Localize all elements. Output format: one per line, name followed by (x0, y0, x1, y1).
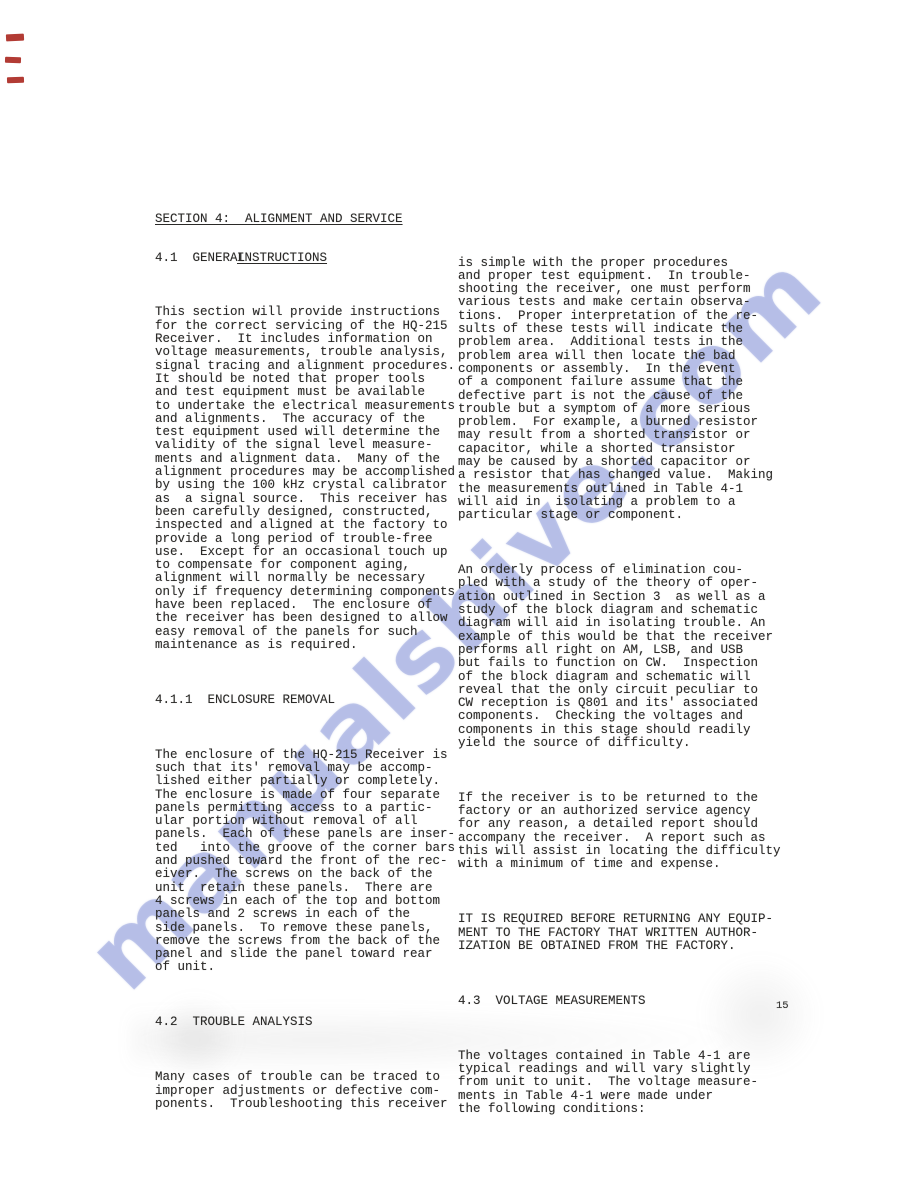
red-scan-mark (5, 57, 21, 64)
section-heading-line1-text: SECTION 4: ALIGNMENT AND SERVICE (155, 212, 403, 226)
paragraph-elimination: An orderly process of elimination cou- p… (458, 564, 794, 750)
paragraph-general: This section will provide instructions f… (155, 306, 461, 652)
heading-4-1-general: 4.1 GENERAL (155, 252, 461, 265)
heading-4-3-voltage: 4.3 VOLTAGE MEASUREMENTS (458, 995, 794, 1008)
red-scan-mark (7, 77, 24, 84)
paragraph-voltage: The voltages contained in Table 4-1 are … (458, 1050, 794, 1116)
red-scan-mark (6, 34, 24, 42)
heading-4-1-1-enclosure: 4.1.1 ENCLOSURE REMOVAL (155, 694, 461, 707)
heading-4-2-trouble: 4.2 TROUBLE ANALYSIS (155, 1016, 461, 1029)
left-column: 4.1 GENERAL This section will provide in… (155, 225, 461, 1138)
paragraph-enclosure: The enclosure of the HQ-215 Receiver is … (155, 749, 461, 975)
section-heading-line1: SECTION 4: ALIGNMENT AND SERVICE (155, 213, 403, 226)
right-column: is simple with the proper procedures and… (458, 230, 794, 1143)
page-number: 15 (776, 1000, 789, 1013)
paragraph-trouble: Many cases of trouble can be traced to i… (155, 1071, 461, 1111)
paragraph-troubleshooting: is simple with the proper procedures and… (458, 257, 794, 523)
paragraph-return-notice: IT IS REQUIRED BEFORE RETURNING ANY EQUI… (458, 913, 794, 953)
scanned-manual-page: manualshive.com SECTION 4: ALIGNMENT AND… (0, 0, 918, 1188)
paragraph-return-policy: If the receiver is to be returned to the… (458, 792, 794, 872)
